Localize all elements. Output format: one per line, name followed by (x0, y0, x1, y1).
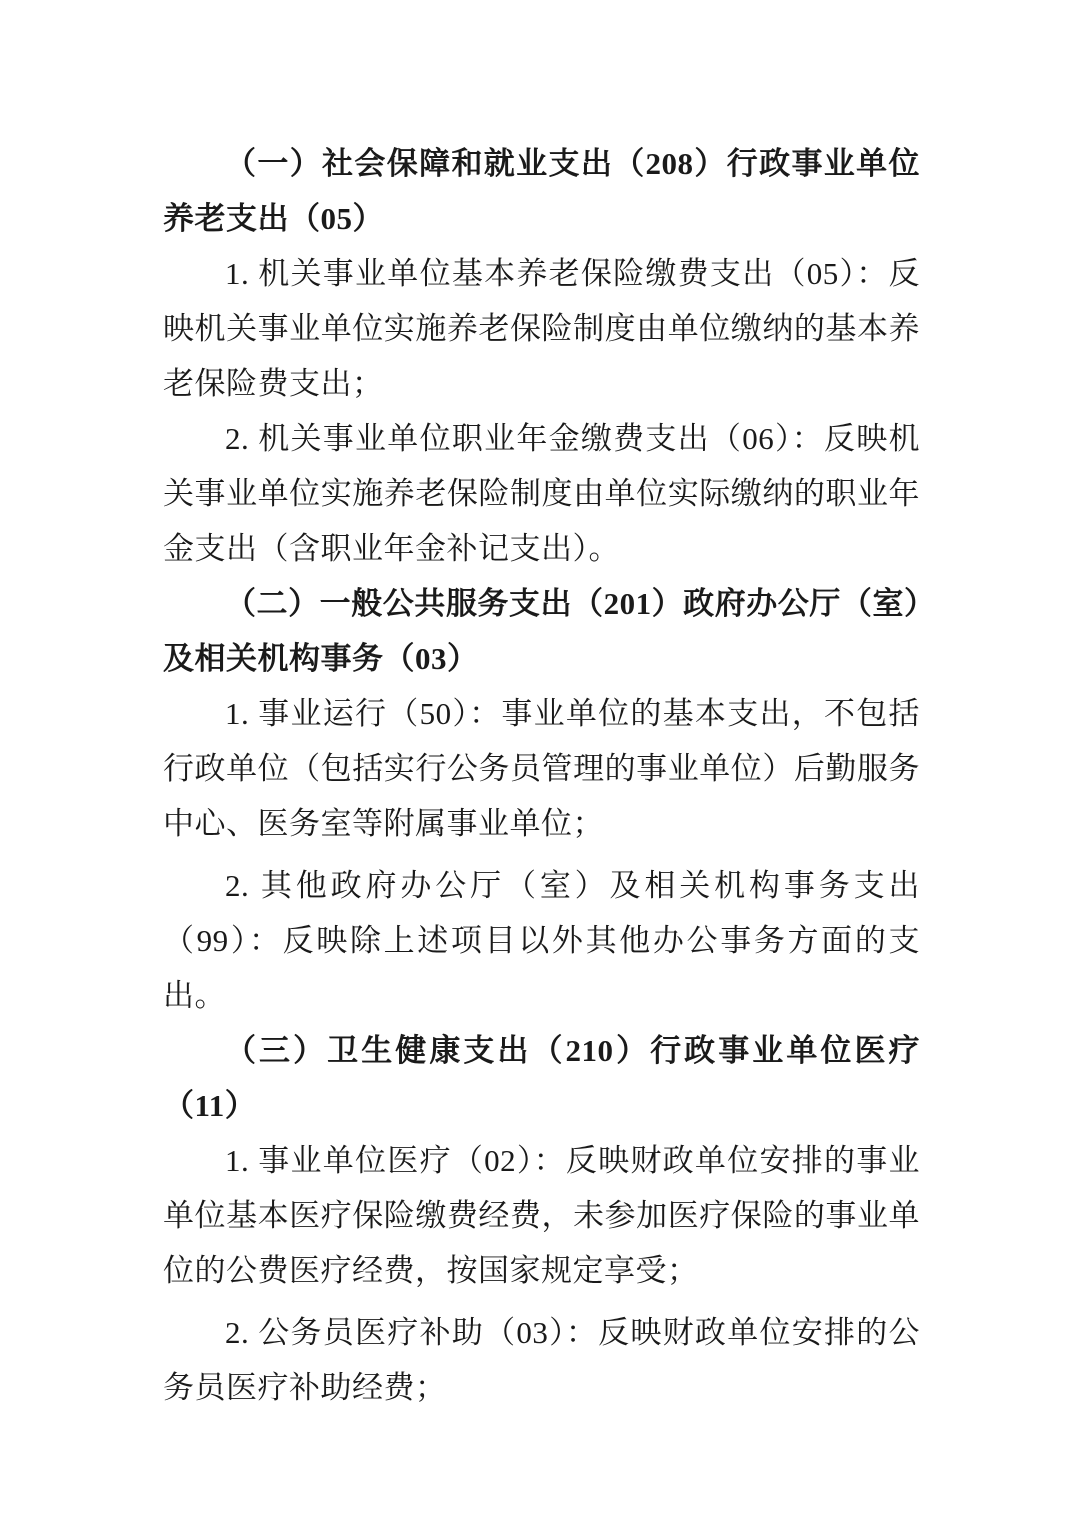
section-pension: （一）社会保障和就业支出（208）行政事业单位养老支出（05） 1. 机关事业单… (163, 136, 920, 576)
document-page: （一）社会保障和就业支出（208）行政事业单位养老支出（05） 1. 机关事业单… (0, 0, 1074, 1520)
paragraph: 2. 其他政府办公厅（室）及相关机构事务支出（99）：反映除上述项目以外其他办公… (163, 858, 920, 1023)
paragraph: 2. 公务员医疗补助（03）：反映财政单位安排的公务员医疗补助经费； (163, 1305, 920, 1415)
section-heading: （三）卫生健康支出（210）行政事业单位医疗（11） (163, 1023, 920, 1133)
paragraph: 1. 机关事业单位基本养老保险缴费支出（05）：反映机关事业单位实施养老保险制度… (163, 246, 920, 411)
paragraph: 1. 事业运行（50）：事业单位的基本支出，不包括行政单位（包括实行公务员管理的… (163, 686, 920, 851)
section-health: （三）卫生健康支出（210）行政事业单位医疗（11） 1. 事业单位医疗（02）… (163, 1023, 920, 1415)
section-heading: （一）社会保障和就业支出（208）行政事业单位养老支出（05） (163, 136, 920, 246)
paragraph: 2. 机关事业单位职业年金缴费支出（06）：反映机关事业单位实施养老保险制度由单… (163, 411, 920, 576)
paragraph: 1. 事业单位医疗（02）：反映财政单位安排的事业单位基本医疗保险缴费经费，未参… (163, 1133, 920, 1298)
section-heading: （二）一般公共服务支出（201）政府办公厅（室）及相关机构事务（03） (163, 576, 920, 686)
section-public-service: （二）一般公共服务支出（201）政府办公厅（室）及相关机构事务（03） 1. 事… (163, 576, 920, 1023)
